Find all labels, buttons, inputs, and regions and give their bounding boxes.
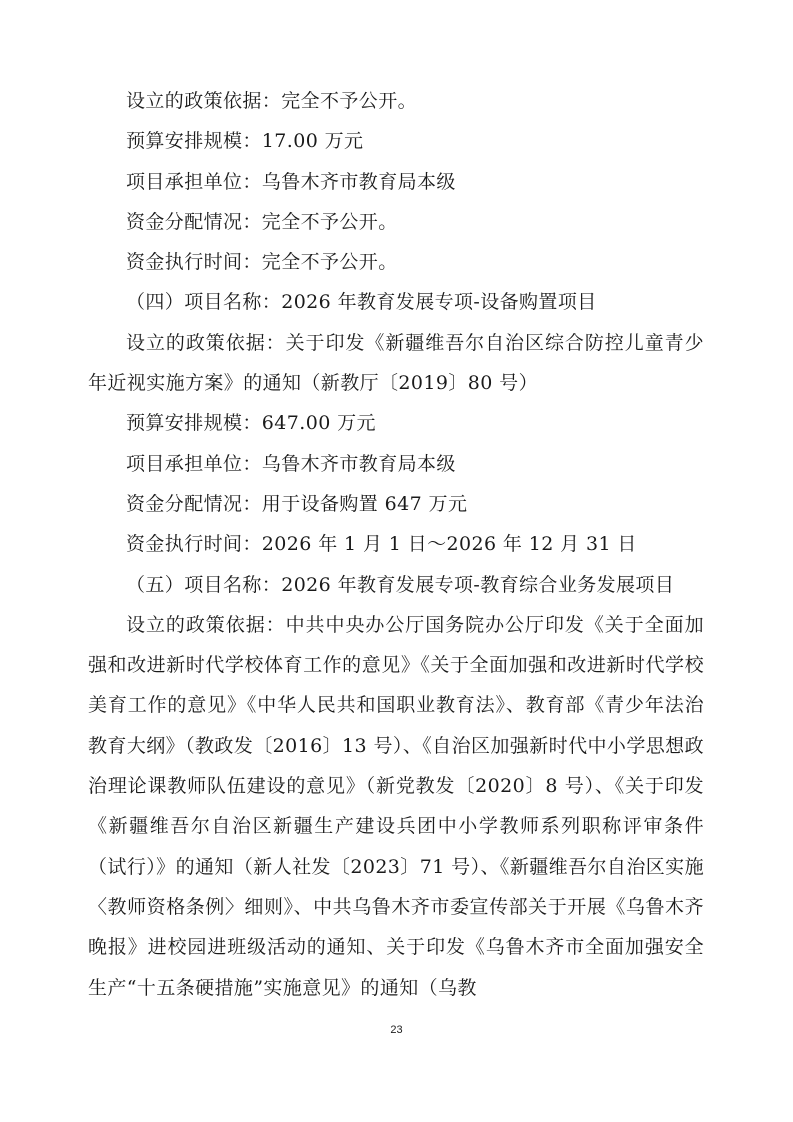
section-heading-5: （五）项目名称：2026 年教育发展专项-教育综合业务发展项目 xyxy=(88,565,704,605)
page-number: 23 xyxy=(0,1024,793,1036)
paragraph-fund-allocation-4: 资金分配情况：用于设备购置 647 万元 xyxy=(88,484,704,524)
paragraph-budget-4: 预算安排规模：647.00 万元 xyxy=(88,403,704,443)
section-heading-4: （四）项目名称：2026 年教育发展专项-设备购置项目 xyxy=(88,282,704,322)
paragraph-execution-time-3: 资金执行时间：完全不予公开。 xyxy=(88,242,704,282)
paragraph-policy-basis-4: 设立的政策依据：关于印发《新疆维吾尔自治区综合防控儿童青少年近视实施方案》的通知… xyxy=(88,323,704,404)
paragraph-policy-basis-3: 设立的政策依据：完全不予公开。 xyxy=(88,81,704,121)
paragraph-undertaking-unit-3: 项目承担单位：乌鲁木齐市教育局本级 xyxy=(88,162,704,202)
document-body: 设立的政策依据：完全不予公开。 预算安排规模：17.00 万元 项目承担单位：乌… xyxy=(88,81,704,1008)
paragraph-budget-3: 预算安排规模：17.00 万元 xyxy=(88,121,704,161)
paragraph-policy-basis-5: 设立的政策依据：中共中央办公厅国务院办公厅印发《关于全面加强和改进新时代学校体育… xyxy=(88,605,704,1008)
paragraph-fund-allocation-3: 资金分配情况：完全不予公开。 xyxy=(88,202,704,242)
paragraph-execution-time-4: 资金执行时间：2026 年 1 月 1 日～2026 年 12 月 31 日 xyxy=(88,524,704,564)
paragraph-undertaking-unit-4: 项目承担单位：乌鲁木齐市教育局本级 xyxy=(88,444,704,484)
